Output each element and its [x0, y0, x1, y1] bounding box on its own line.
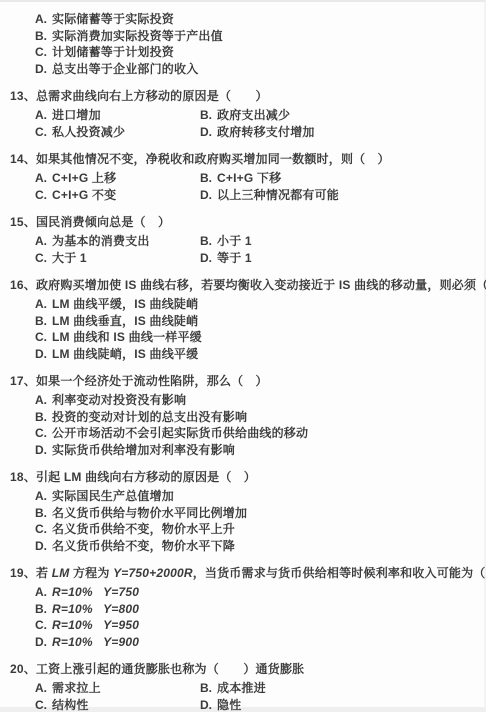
option-text: C+I+G 上移: [52, 170, 116, 187]
option: D.名义货币供给不变，物价水平下降: [35, 538, 235, 555]
option-text: R=10% Y=800: [52, 601, 139, 618]
document-page: A.实际储蓄等于实际投资B.实际消费加实际投资等于产出值C.计划储蓄等于计划投资…: [0, 0, 486, 712]
option-letter: A.: [35, 680, 52, 697]
option-text: 小于 1: [217, 233, 252, 250]
question-block: 16、政府购买增加使 IS 曲线右移，若要均衡收入变动接近于 IS 曲线的移动量…: [10, 277, 480, 362]
option: A.为基本的消费支出: [35, 233, 200, 250]
option-text: R=10% Y=750: [52, 584, 139, 601]
option-row: C.C+I+G 不变D.以上三种情况都有可能: [10, 187, 480, 204]
option: C.私人投资减少: [35, 124, 200, 141]
question-block: A.实际储蓄等于实际投资B.实际消费加实际投资等于产出值C.计划储蓄等于计划投资…: [10, 11, 480, 77]
option-letter: A.: [35, 233, 52, 250]
option-text-segment: LM 曲线垂直，IS 曲线陡峭: [52, 314, 198, 328]
stem-text-segment: 总需求曲线向右上方移动的原因是（ ）: [36, 89, 268, 103]
option-text-segment: 计划储蓄等于计划投资: [52, 45, 174, 59]
option-text-segment: LM 曲线和 IS 曲线一样平缓: [52, 330, 202, 344]
option-letter: D.: [200, 697, 217, 712]
option-text-segment: R=10% Y=900: [52, 635, 139, 649]
option-text: 投资的变动对计划的总支出没有影响: [52, 409, 247, 426]
option-text: 利率变动对投资没有影响: [52, 392, 186, 409]
option-letter: D.: [35, 61, 52, 78]
option-text: LM 曲线平缓，IS 曲线陡峭: [52, 296, 198, 313]
stem-text-segment: 如果其他情况不变，净税收和政府购买增加同一数额时，则（ ）: [36, 152, 390, 166]
option: C.C+I+G 不变: [35, 187, 200, 204]
option-text-segment: 实际消费加实际投资等于产出值: [52, 29, 223, 43]
option-row: B.LM 曲线垂直，IS 曲线陡峭: [10, 313, 480, 330]
question-number: 15、: [10, 214, 36, 231]
option-text: LM 曲线垂直，IS 曲线陡峭: [52, 313, 198, 330]
stem-text-segment: 国民消费倾向总是（ ）: [36, 215, 170, 229]
option: B.LM 曲线垂直，IS 曲线陡峭: [35, 313, 198, 330]
option-text-segment: 私人投资减少: [52, 125, 125, 139]
option-row: D.总支出等于企业部门的收入: [10, 61, 480, 78]
option: C.名义货币供给不变，物价水平上升: [35, 521, 235, 538]
option-row: A.R=10% Y=750: [10, 584, 480, 601]
option: A.需求拉上: [35, 680, 200, 697]
option-text: 总支出等于企业部门的收入: [52, 61, 198, 78]
option-text-segment: C+I+G 上移: [52, 171, 116, 185]
option-letter: C.: [35, 124, 52, 141]
option-letter: B.: [35, 28, 52, 45]
option: B.投资的变动对计划的总支出没有影响: [35, 409, 247, 426]
option: C.计划储蓄等于计划投资: [35, 44, 174, 61]
option-row: A.进口增加B.政府支出减少: [10, 107, 480, 124]
question-stem: 18、引起 LM 曲线向右方移动的原因是（ ）: [10, 469, 480, 486]
option-text-segment: R=10% Y=750: [52, 585, 139, 599]
option-text-segment: 结构性: [52, 698, 89, 712]
option-row: B.实际消费加实际投资等于产出值: [10, 28, 480, 45]
question-stem: 17、如果一个经济处于流动性陷阱，那么（ ）: [10, 373, 480, 390]
option-letter: B.: [35, 601, 52, 618]
option-text-segment: 成本推进: [217, 681, 266, 695]
option-row: A.利率变动对投资没有影响: [10, 392, 480, 409]
stem-text-segment: 如果一个经济处于流动性陷阱，那么（ ）: [36, 374, 268, 388]
option: D.LM 曲线陡峭，IS 曲线平缓: [35, 346, 198, 363]
question-number: 13、: [10, 88, 36, 105]
stem-text-segment: 若: [36, 566, 52, 580]
option-text-segment: LM 曲线平缓，IS 曲线陡峭: [52, 297, 198, 311]
option-letter: D.: [35, 634, 52, 651]
option-letter: A.: [35, 11, 52, 28]
option-text-segment: 总支出等于企业部门的收入: [52, 62, 198, 76]
option-text: 结构性: [52, 697, 89, 712]
option: D.政府转移支付增加: [200, 124, 315, 141]
option-text-segment: 公开市场活动不会引起实际货币供给曲线的移动: [52, 426, 308, 440]
question-stem: 13、总需求曲线向右上方移动的原因是（ ）: [10, 88, 480, 105]
option-letter: C.: [35, 697, 52, 712]
option: D.R=10% Y=900: [35, 634, 139, 651]
option-row: C.私人投资减少D.政府转移支付增加: [10, 124, 480, 141]
option-letter: C.: [35, 329, 52, 346]
question-number: 17、: [10, 373, 36, 390]
option-letter: D.: [200, 187, 217, 204]
option-text-segment: 利率变动对投资没有影响: [52, 393, 186, 407]
option: C.大于 1: [35, 250, 200, 267]
option-text: 以上三种情况都有可能: [217, 187, 339, 204]
question-block: 19、若 LM 方程为 Y=750+2000R，当货币需求与货币供给相等时候利率…: [10, 565, 480, 650]
option-text-segment: 以上三种情况都有可能: [217, 188, 339, 202]
option: B.成本推进: [200, 680, 266, 697]
option-text: 名义货币供给不变，物价水平下降: [52, 538, 235, 555]
option: A.LM 曲线平缓，IS 曲线陡峭: [35, 296, 198, 313]
option-text-segment: 名义货币供给不变，物价水平上升: [52, 522, 235, 536]
option-letter: B.: [200, 233, 217, 250]
option-text: 需求拉上: [52, 680, 101, 697]
option-row: C.结构性D.隐性: [10, 697, 480, 712]
stem-text-segment: 方程为: [69, 566, 113, 580]
option-row: C.大于 1D.等于 1: [10, 250, 480, 267]
option-text: R=10% Y=950: [52, 617, 139, 634]
option-row: B.投资的变动对计划的总支出没有影响: [10, 409, 480, 426]
option: C.LM 曲线和 IS 曲线一样平缓: [35, 329, 202, 346]
option: D.总支出等于企业部门的收入: [35, 61, 198, 78]
option-text-segment: 名义货币供给与物价水平同比例增加: [52, 506, 247, 520]
option-text: 为基本的消费支出: [52, 233, 150, 250]
option-letter: A.: [35, 392, 52, 409]
option-text: 隐性: [217, 697, 241, 712]
option-letter: A.: [35, 107, 52, 124]
option: C.公开市场活动不会引起实际货币供给曲线的移动: [35, 425, 308, 442]
option-letter: D.: [35, 538, 52, 555]
option-text-segment: C+I+G 不变: [52, 188, 116, 202]
option-text: 名义货币供给不变，物价水平上升: [52, 521, 235, 538]
option-letter: A.: [35, 170, 52, 187]
option-text-segment: 大于 1: [52, 251, 87, 265]
option-row: B.R=10% Y=800: [10, 601, 480, 618]
option-text-segment: 进口增加: [52, 108, 101, 122]
option-letter: C.: [35, 187, 52, 204]
question-number: 18、: [10, 469, 36, 486]
option-text-segment: 实际国民生产总值增加: [52, 489, 174, 503]
option-text: 大于 1: [52, 250, 87, 267]
question-stem: 15、国民消费倾向总是（ ）: [10, 214, 480, 231]
option: A.C+I+G 上移: [35, 170, 200, 187]
option-letter: D.: [200, 250, 217, 267]
option-letter: C.: [35, 44, 52, 61]
option-letter: B.: [200, 107, 217, 124]
option: D.等于 1: [200, 250, 252, 267]
option-text-segment: 隐性: [217, 698, 241, 712]
option-letter: D.: [200, 124, 217, 141]
option-row: A.C+I+G 上移B.C+I+G 下移: [10, 170, 480, 187]
question-number: 14、: [10, 151, 36, 168]
option-letter: C.: [35, 521, 52, 538]
option-letter: C.: [35, 250, 52, 267]
option-text-segment: 小于 1: [217, 234, 252, 248]
option-letter: B.: [35, 505, 52, 522]
option-letter: A.: [35, 296, 52, 313]
option-letter: A.: [35, 488, 52, 505]
option-row: C.R=10% Y=950: [10, 617, 480, 634]
option-text-segment: R=10% Y=800: [52, 602, 139, 616]
option-text: 实际消费加实际投资等于产出值: [52, 28, 223, 45]
option-text: 成本推进: [217, 680, 266, 697]
option-text: C+I+G 不变: [52, 187, 116, 204]
option-text: 政府转移支付增加: [217, 124, 315, 141]
option-text-segment: C+I+G 下移: [217, 171, 281, 185]
option-text-segment: 政府支出减少: [217, 108, 290, 122]
option-row: C.计划储蓄等于计划投资: [10, 44, 480, 61]
stem-text-segment: ，当货币需求与货币供给相等时候利率和收入可能为（ ）: [193, 566, 486, 580]
question-block: 20、工资上涨引起的通货膨胀也称为（ ）通货膨胀A.需求拉上B.成本推进C.结构…: [10, 661, 480, 712]
option-text: 私人投资减少: [52, 124, 125, 141]
option-text-segment: 为基本的消费支出: [52, 234, 150, 248]
option-text: LM 曲线陡峭，IS 曲线平缓: [52, 346, 198, 363]
option: A.进口增加: [35, 107, 200, 124]
option-row: C.公开市场活动不会引起实际货币供给曲线的移动: [10, 425, 480, 442]
option: D.实际货币供给增加对利率没有影响: [35, 442, 235, 459]
option-row: B.名义货币供给与物价水平同比例增加: [10, 505, 480, 522]
option: B.C+I+G 下移: [200, 170, 281, 187]
option-letter: C.: [35, 617, 52, 634]
option: D.以上三种情况都有可能: [200, 187, 339, 204]
exam-screenshot: { "page": { "background": "#fdfdfd", "te…: [0, 0, 486, 712]
option-row: C.LM 曲线和 IS 曲线一样平缓: [10, 329, 480, 346]
question-number: 19、: [10, 565, 36, 582]
option-row: A.实际储蓄等于实际投资: [10, 11, 480, 28]
option-row: A.LM 曲线平缓，IS 曲线陡峭: [10, 296, 480, 313]
option-text-segment: 投资的变动对计划的总支出没有影响: [52, 410, 247, 424]
option-text: 实际国民生产总值增加: [52, 488, 174, 505]
option-row: C.名义货币供给不变，物价水平上升: [10, 521, 480, 538]
option: C.结构性: [35, 697, 200, 712]
option-row: A.实际国民生产总值增加: [10, 488, 480, 505]
option-letter: D.: [35, 346, 52, 363]
option: D.隐性: [200, 697, 241, 712]
option: B.政府支出减少: [200, 107, 290, 124]
option-row: A.为基本的消费支出B.小于 1: [10, 233, 480, 250]
question-stem: 19、若 LM 方程为 Y=750+2000R，当货币需求与货币供给相等时候利率…: [10, 565, 480, 582]
stem-text-segment: LM: [52, 566, 70, 580]
option-text-segment: R=10% Y=950: [52, 618, 139, 632]
question-block: 17、如果一个经济处于流动性陷阱，那么（ ）A.利率变动对投资没有影响B.投资的…: [10, 373, 480, 458]
option-text: 计划储蓄等于计划投资: [52, 44, 174, 61]
question-stem: 16、政府购买增加使 IS 曲线右移，若要均衡收入变动接近于 IS 曲线的移动量…: [10, 277, 480, 294]
option-row: A.需求拉上B.成本推进: [10, 680, 480, 697]
option-text: LM 曲线和 IS 曲线一样平缓: [52, 329, 202, 346]
option-text: 实际储蓄等于实际投资: [52, 11, 174, 28]
option: A.R=10% Y=750: [35, 584, 139, 601]
option: A.利率变动对投资没有影响: [35, 392, 186, 409]
option-text: 实际货币供给增加对利率没有影响: [52, 442, 235, 459]
question-block: 13、总需求曲线向右上方移动的原因是（ ）A.进口增加B.政府支出减少C.私人投…: [10, 88, 480, 140]
option-letter: D.: [35, 442, 52, 459]
option: A.实际储蓄等于实际投资: [35, 11, 174, 28]
question-block: 14、如果其他情况不变，净税收和政府购买增加同一数额时，则（ ）A.C+I+G …: [10, 151, 480, 203]
question-stem: 14、如果其他情况不变，净税收和政府购买增加同一数额时，则（ ）: [10, 151, 480, 168]
option: B.名义货币供给与物价水平同比例增加: [35, 505, 247, 522]
option-letter: B.: [200, 680, 217, 697]
question-number: 16、: [10, 277, 36, 294]
option-text-segment: 政府转移支付增加: [217, 125, 315, 139]
option: B.小于 1: [200, 233, 252, 250]
option: C.R=10% Y=950: [35, 617, 139, 634]
option-letter: A.: [35, 584, 52, 601]
question-block: 18、引起 LM 曲线向右方移动的原因是（ ）A.实际国民生产总值增加B.名义货…: [10, 469, 480, 554]
option-text: 名义货币供给与物价水平同比例增加: [52, 505, 247, 522]
question-block: 15、国民消费倾向总是（ ）A.为基本的消费支出B.小于 1C.大于 1D.等于…: [10, 214, 480, 266]
option: B.R=10% Y=800: [35, 601, 139, 618]
option-text-segment: 实际储蓄等于实际投资: [52, 12, 174, 26]
option-text: 政府支出减少: [217, 107, 290, 124]
option: A.实际国民生产总值增加: [35, 488, 174, 505]
stem-text-segment: 工资上涨引起的通货膨胀也称为（ ）通货膨胀: [36, 662, 304, 676]
option-text-segment: 需求拉上: [52, 681, 101, 695]
question-number: 20、: [10, 661, 36, 678]
option-letter: B.: [200, 170, 217, 187]
option-text-segment: LM 曲线陡峭，IS 曲线平缓: [52, 347, 198, 361]
stem-text-segment: Y=750+2000R: [113, 566, 193, 580]
question-stem: 20、工资上涨引起的通货膨胀也称为（ ）通货膨胀: [10, 661, 480, 678]
option-row: D.LM 曲线陡峭，IS 曲线平缓: [10, 346, 480, 363]
option-text-segment: 实际货币供给增加对利率没有影响: [52, 443, 235, 457]
option-text: 公开市场活动不会引起实际货币供给曲线的移动: [52, 425, 308, 442]
option: B.实际消费加实际投资等于产出值: [35, 28, 223, 45]
option-text: R=10% Y=900: [52, 634, 139, 651]
option-row: D.名义货币供给不变，物价水平下降: [10, 538, 480, 555]
stem-text-segment: 政府购买增加使 IS 曲线右移，若要均衡收入变动接近于 IS 曲线的移动量，则必…: [36, 278, 486, 292]
option-row: D.实际货币供给增加对利率没有影响: [10, 442, 480, 459]
option-letter: B.: [35, 409, 52, 426]
option-text: 进口增加: [52, 107, 101, 124]
option-letter: C.: [35, 425, 52, 442]
option-text-segment: 等于 1: [217, 251, 252, 265]
stem-text-segment: 引起 LM 曲线向右方移动的原因是（ ）: [36, 470, 256, 484]
option-text: 等于 1: [217, 250, 252, 267]
option-text-segment: 名义货币供给不变，物价水平下降: [52, 539, 235, 553]
option-row: D.R=10% Y=900: [10, 634, 480, 651]
option-text: C+I+G 下移: [217, 170, 281, 187]
option-letter: B.: [35, 313, 52, 330]
